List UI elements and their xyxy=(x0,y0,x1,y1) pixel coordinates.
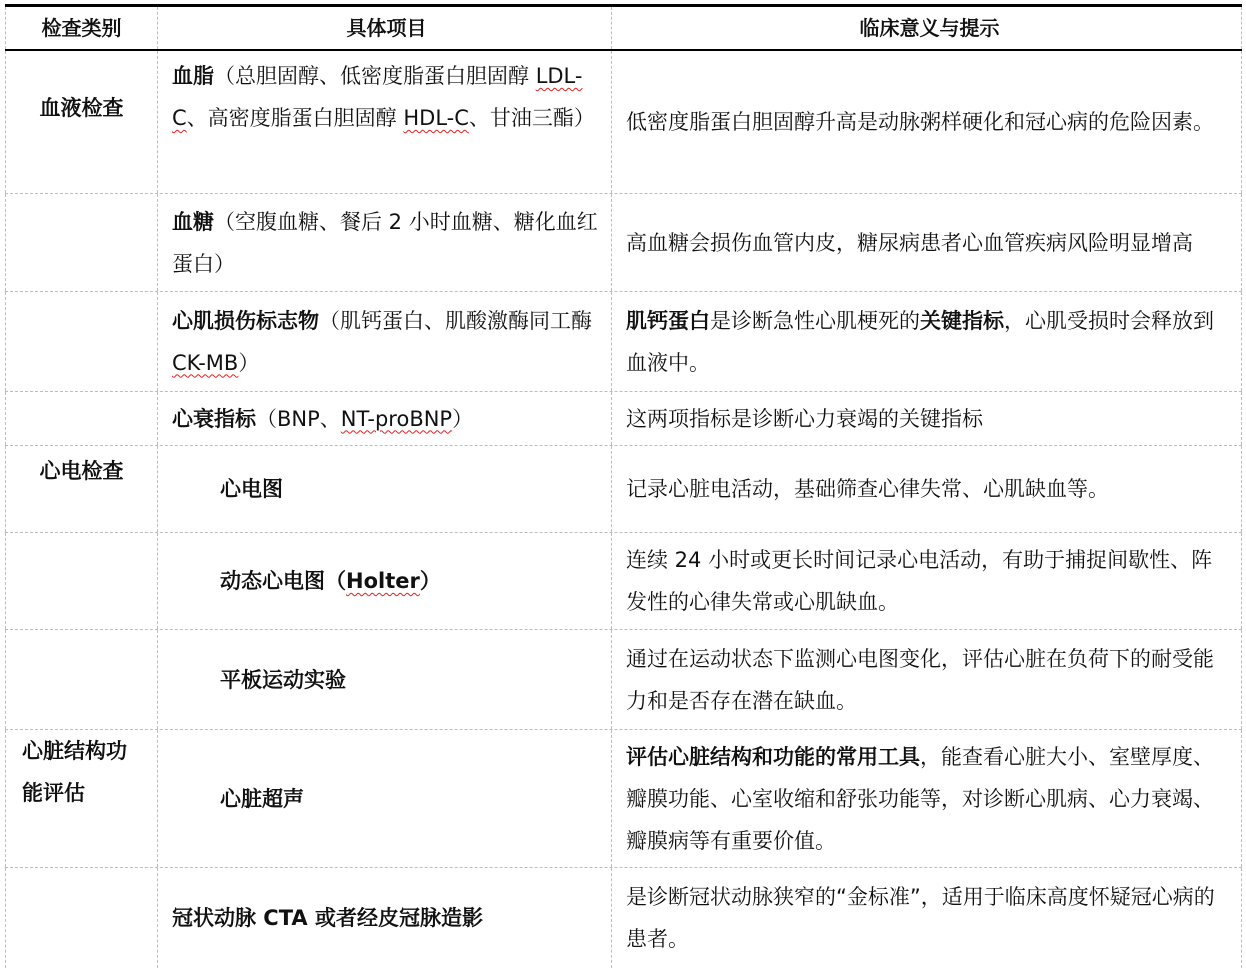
significance-text: 肌钙蛋白是诊断急性心肌梗死的关键指标，心肌受损时会释放到血液中。 xyxy=(626,300,1233,384)
item-bold: 血糖 xyxy=(172,210,214,234)
category-cell xyxy=(5,194,157,291)
table-row: 心脏结构功能评估 心脏超声 评估心脏结构和功能的常用工具，能查看心脏大小、室壁厚… xyxy=(5,730,1242,868)
significance-text: 低密度脂蛋白胆固醇升高是动脉粥样硬化和冠心病的危险因素。 xyxy=(626,101,1233,143)
significance-cell: 是诊断冠状动脉狭窄的“金标准”，适用于临床高度怀疑冠心病的患者。 xyxy=(611,868,1242,968)
category-cell: 心脏结构功能评估 xyxy=(5,730,157,867)
item-cell: 心衰指标（BNP、NT-proBNP） xyxy=(157,392,611,445)
significance-cell: 通过在运动状态下监测心电图变化，评估心脏在负荷下的耐受能力和是否存在潜在缺血。 xyxy=(611,630,1242,729)
item-cell: 动态心电图（Holter） xyxy=(157,533,611,629)
table-row: 血液检查 血脂（总胆固醇、低密度脂蛋白胆固醇 LDL-C、高密度脂蛋白胆固醇 H… xyxy=(5,51,1242,194)
table-row: 平板运动实验 通过在运动状态下监测心电图变化，评估心脏在负荷下的耐受能力和是否存… xyxy=(5,630,1242,730)
item-text-part: ） xyxy=(238,351,259,375)
significance-text: 通过在运动状态下监测心电图变化，评估心脏在负荷下的耐受能力和是否存在潜在缺血。 xyxy=(626,638,1233,722)
item-cell: 冠状动脉 CTA 或者经皮冠脉造影 xyxy=(157,868,611,968)
table-row: 心衰指标（BNP、NT-proBNP） 这两项指标是诊断心力衰竭的关键指标 xyxy=(5,392,1242,446)
significance-bold: 肌钙蛋白 xyxy=(626,309,710,333)
item-text: 心肌损伤标志物（肌钙蛋白、肌酸激酶同工酶 CK-MB） xyxy=(172,300,601,384)
spellcheck-word[interactable]: Holter xyxy=(346,569,420,593)
category-cell: 心电检查 xyxy=(5,446,157,532)
item-text: 血脂（总胆固醇、低密度脂蛋白胆固醇 LDL-C、高密度脂蛋白胆固醇 HDL-C、… xyxy=(172,55,601,139)
category-cell: 血液检查 xyxy=(5,51,157,193)
item-text: 冠状动脉 CTA 或者经皮冠脉造影 xyxy=(172,897,601,939)
significance-text: 记录心脏电活动，基础筛查心律失常、心肌缺血等。 xyxy=(626,468,1233,510)
table-row: 动态心电图（Holter） 连续 24 小时或更长时间记录心电活动，有助于捕捉间… xyxy=(5,533,1242,630)
item-cell: 心电图 xyxy=(157,446,611,532)
category-cell xyxy=(5,868,157,968)
table-header-row: 检查类别 具体项目 临床意义与提示 xyxy=(5,7,1242,51)
significance-cell: 连续 24 小时或更长时间记录心电活动，有助于捕捉间歇性、阵发性的心律失常或心肌… xyxy=(611,533,1242,629)
item-text-part: 、高密度脂蛋白胆固醇 xyxy=(187,106,404,130)
item-text-part: 动态心电图（ xyxy=(220,569,346,593)
category-label: 心脏结构功能评估 xyxy=(16,730,147,814)
significance-cell: 这两项指标是诊断心力衰竭的关键指标 xyxy=(611,392,1242,445)
spellcheck-word[interactable]: HDL-C xyxy=(403,106,469,130)
significance-text: 高血糖会损伤血管内皮，糖尿病患者心血管疾病风险明显增高 xyxy=(626,222,1233,264)
exam-table: 检查类别 具体项目 临床意义与提示 血液检查 血脂（总胆固醇、低密度脂蛋白胆固醇… xyxy=(5,4,1242,968)
significance-bold: 关键指标 xyxy=(920,309,1004,333)
item-text-part: ） xyxy=(452,407,473,431)
significance-text: 是诊断冠状动脉狭窄的“金标准”，适用于临床高度怀疑冠心病的患者。 xyxy=(626,876,1233,960)
header-significance: 临床意义与提示 xyxy=(611,7,1242,49)
category-label: 血液检查 xyxy=(16,87,147,129)
category-cell xyxy=(5,533,157,629)
item-bold: 心肌损伤标志物 xyxy=(172,309,319,333)
significance-cell: 高血糖会损伤血管内皮，糖尿病患者心血管疾病风险明显增高 xyxy=(611,194,1242,291)
item-text: 心脏超声 xyxy=(220,778,601,820)
item-text-part: （空腹血糖、餐后 2 小时血糖、糖化血红蛋白） xyxy=(172,210,598,276)
table-row: 心电检查 心电图 记录心脏电活动，基础筛查心律失常、心肌缺血等。 xyxy=(5,446,1242,533)
item-text: 平板运动实验 xyxy=(220,659,601,701)
item-text-part: （BNP、 xyxy=(256,407,341,431)
significance-text: 这两项指标是诊断心力衰竭的关键指标 xyxy=(626,398,1233,440)
item-text-part: ） xyxy=(420,569,441,593)
item-cell: 血脂（总胆固醇、低密度脂蛋白胆固醇 LDL-C、高密度脂蛋白胆固醇 HDL-C、… xyxy=(157,51,611,193)
item-bold: 心衰指标 xyxy=(172,407,256,431)
item-text: 心电图 xyxy=(220,468,601,510)
category-label: 心电检查 xyxy=(16,450,147,492)
significance-part: 是诊断急性心肌梗死的 xyxy=(710,309,920,333)
significance-text: 评估心脏结构和功能的常用工具，能查看心脏大小、室壁厚度、瓣膜功能、心室收缩和舒张… xyxy=(626,736,1233,862)
category-cell xyxy=(5,392,157,445)
table-row: 冠状动脉 CTA 或者经皮冠脉造影 是诊断冠状动脉狭窄的“金标准”，适用于临床高… xyxy=(5,868,1242,968)
item-text-part: 、甘油三酯） xyxy=(469,106,595,130)
table-row: 心肌损伤标志物（肌钙蛋白、肌酸激酶同工酶 CK-MB） 肌钙蛋白是诊断急性心肌梗… xyxy=(5,292,1242,392)
significance-cell: 记录心脏电活动，基础筛查心律失常、心肌缺血等。 xyxy=(611,446,1242,532)
spellcheck-word[interactable]: CK-MB xyxy=(172,351,238,375)
significance-cell: 评估心脏结构和功能的常用工具，能查看心脏大小、室壁厚度、瓣膜功能、心室收缩和舒张… xyxy=(611,730,1242,867)
item-text-part: （总胆固醇、低密度脂蛋白胆固醇 xyxy=(214,64,536,88)
table-row: 血糖（空腹血糖、餐后 2 小时血糖、糖化血红蛋白） 高血糖会损伤血管内皮，糖尿病… xyxy=(5,194,1242,292)
item-text: 动态心电图（Holter） xyxy=(220,560,601,602)
significance-cell: 低密度脂蛋白胆固醇升高是动脉粥样硬化和冠心病的危险因素。 xyxy=(611,51,1242,193)
category-cell xyxy=(5,630,157,729)
significance-cell: 肌钙蛋白是诊断急性心肌梗死的关键指标，心肌受损时会释放到血液中。 xyxy=(611,292,1242,391)
spellcheck-word[interactable]: NT-proBNP xyxy=(341,407,452,431)
item-cell: 平板运动实验 xyxy=(157,630,611,729)
header-category: 检查类别 xyxy=(5,7,157,49)
significance-bold: 评估心脏结构和功能的常用工具 xyxy=(626,745,920,769)
item-cell: 心脏超声 xyxy=(157,730,611,867)
item-text: 血糖（空腹血糖、餐后 2 小时血糖、糖化血红蛋白） xyxy=(172,201,601,285)
item-bold: 血脂 xyxy=(172,64,214,88)
significance-text: 连续 24 小时或更长时间记录心电活动，有助于捕捉间歇性、阵发性的心律失常或心肌… xyxy=(626,539,1233,623)
item-cell: 心肌损伤标志物（肌钙蛋白、肌酸激酶同工酶 CK-MB） xyxy=(157,292,611,391)
item-cell: 血糖（空腹血糖、餐后 2 小时血糖、糖化血红蛋白） xyxy=(157,194,611,291)
item-text: 心衰指标（BNP、NT-proBNP） xyxy=(172,398,601,440)
header-item: 具体项目 xyxy=(157,7,611,49)
category-cell xyxy=(5,292,157,391)
item-text-part: （肌钙蛋白、肌酸激酶同工酶 xyxy=(319,309,592,333)
